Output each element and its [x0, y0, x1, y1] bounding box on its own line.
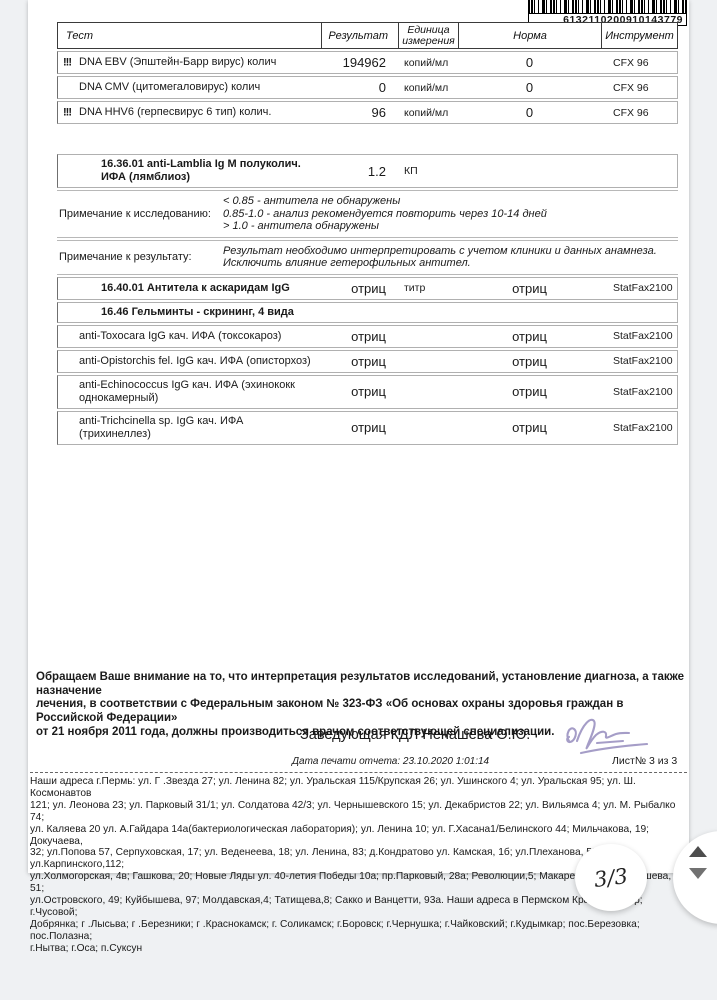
instrument-value: CFX 96: [601, 82, 677, 94]
test-name: !!!DNA HHV6 (герпесвирус 6 тип) колич.: [58, 103, 321, 122]
table-header-row: Тест Результат Единица измерения Норма И…: [57, 22, 678, 49]
result-value: отриц: [321, 354, 398, 369]
alert-flag: !!!: [63, 106, 71, 119]
norm-value: отриц: [458, 354, 601, 369]
result-value: отриц: [321, 384, 398, 399]
norm-value: отриц: [458, 329, 601, 344]
sheet-number: Лист№ 3 из 3: [612, 755, 677, 767]
print-date: Дата печати отчета: 23.10.2020 1:01:14: [292, 756, 489, 767]
table-row: !!!DNA EBV (Эпштейн-Барр вирус) колич 19…: [57, 51, 678, 74]
test-name: anti-Echinococcus IgG кач. ИФА (эхинокок…: [58, 376, 321, 408]
unit-value: титр: [398, 282, 458, 294]
norm-value: 0: [458, 55, 601, 70]
column-header-test: Тест: [58, 23, 321, 48]
handwritten-signature: [561, 711, 653, 761]
result-value: 1.2: [321, 164, 398, 179]
result-value: отриц: [321, 329, 398, 344]
table-row: anti-Trichcinella sp. IgG кач. ИФА (трих…: [57, 411, 678, 445]
unit-value: КП: [398, 165, 458, 177]
norm-value: 0: [458, 80, 601, 95]
note-text: Результат необходимо интерпретировать с …: [223, 245, 678, 270]
column-header-norm: Норма: [458, 23, 601, 48]
column-header-unit: Единица измерения: [398, 23, 458, 48]
instrument-value: StatFax2100: [601, 330, 677, 342]
test-name: anti-Toxocara IgG кач. ИФА (токсокароз): [58, 327, 321, 346]
table-row: !!!DNA HHV6 (герпесвирус 6 тип) колич. 9…: [57, 101, 678, 124]
test-name: 16.40.01 Антитела к аскаридам IgG: [58, 279, 321, 298]
group-header-row: 16.46 Гельминты - скрининг, 4 вида: [57, 302, 678, 323]
result-value: 0: [321, 80, 398, 95]
result-value: отриц: [321, 420, 398, 435]
barcode-bars-icon: [528, 0, 687, 13]
instrument-value: StatFax2100: [601, 386, 677, 398]
test-name: !!!DNA EBV (Эпштейн-Барр вирус) колич: [58, 53, 321, 72]
page-indicator-text: 3/3: [593, 864, 629, 892]
result-value: 96: [321, 105, 398, 120]
result-value: 194962: [321, 55, 398, 70]
results-table-pcr: Тест Результат Единица измерения Норма И…: [57, 22, 678, 124]
result-value: отриц: [321, 281, 398, 296]
note-text: < 0.85 - антитела не обнаружены 0.85-1.0…: [223, 195, 678, 233]
test-name: anti-Opistorchis fel. IgG кач. ИФА (опис…: [58, 352, 321, 371]
unit-value: копий/мл: [398, 57, 458, 69]
table-row: anti-Toxocara IgG кач. ИФА (токсокароз) …: [57, 325, 678, 348]
table-row: anti-Opistorchis fel. IgG кач. ИФА (опис…: [57, 350, 678, 373]
instrument-value: StatFax2100: [601, 355, 677, 367]
instrument-value: StatFax2100: [601, 282, 677, 294]
result-note-row: Примечание к результату: Результат необх…: [57, 240, 678, 275]
instrument-value: CFX 96: [601, 57, 677, 69]
scroll-down-icon[interactable]: [689, 868, 707, 879]
norm-value: 0: [458, 105, 601, 120]
norm-value: отриц: [458, 384, 601, 399]
norm-value: отриц: [458, 420, 601, 435]
note-label: Примечание к исследованию:: [57, 208, 223, 220]
norm-value: отриц: [458, 281, 601, 296]
column-header-result: Результат: [321, 23, 398, 48]
alert-flag: !!!: [63, 56, 71, 69]
table-row: anti-Echinococcus IgG кач. ИФА (эхинокок…: [57, 375, 678, 409]
table-row: 16.40.01 Антитела к аскаридам IgG отриц …: [57, 277, 678, 300]
page-indicator-bubble: 3/3: [575, 844, 647, 911]
column-header-instrument: Инструмент: [601, 23, 677, 48]
signatory-title: Заведующая КДЛ Ненашева О.Ю.: [300, 727, 530, 743]
test-name: DNA CMV (цитомегаловирус) колич: [58, 78, 321, 97]
group-title: 16.46 Гельминты - скрининг, 4 вида: [58, 303, 321, 322]
study-note-row: Примечание к исследованию: < 0.85 - анти…: [57, 190, 678, 238]
test-name: anti-Trichcinella sp. IgG кач. ИФА (трих…: [58, 412, 321, 444]
results-table-immunology: 16.36.01 anti-Lamblia Ig M полуколич. ИФ…: [57, 152, 678, 445]
unit-value: копий/мл: [398, 107, 458, 119]
document-page: 6132110200910143779 Тест Результат Едини…: [28, 0, 689, 873]
footer-divider: [30, 772, 687, 773]
instrument-value: StatFax2100: [601, 422, 677, 434]
scroll-up-icon[interactable]: [689, 846, 707, 857]
table-row: 16.36.01 anti-Lamblia Ig M полуколич. ИФ…: [57, 154, 678, 188]
test-name: 16.36.01 anti-Lamblia Ig M полуколич. ИФ…: [58, 155, 321, 187]
note-label: Примечание к результату:: [57, 251, 223, 263]
unit-value: копий/мл: [398, 82, 458, 94]
instrument-value: CFX 96: [601, 107, 677, 119]
table-row: DNA CMV (цитомегаловирус) колич 0 копий/…: [57, 76, 678, 99]
